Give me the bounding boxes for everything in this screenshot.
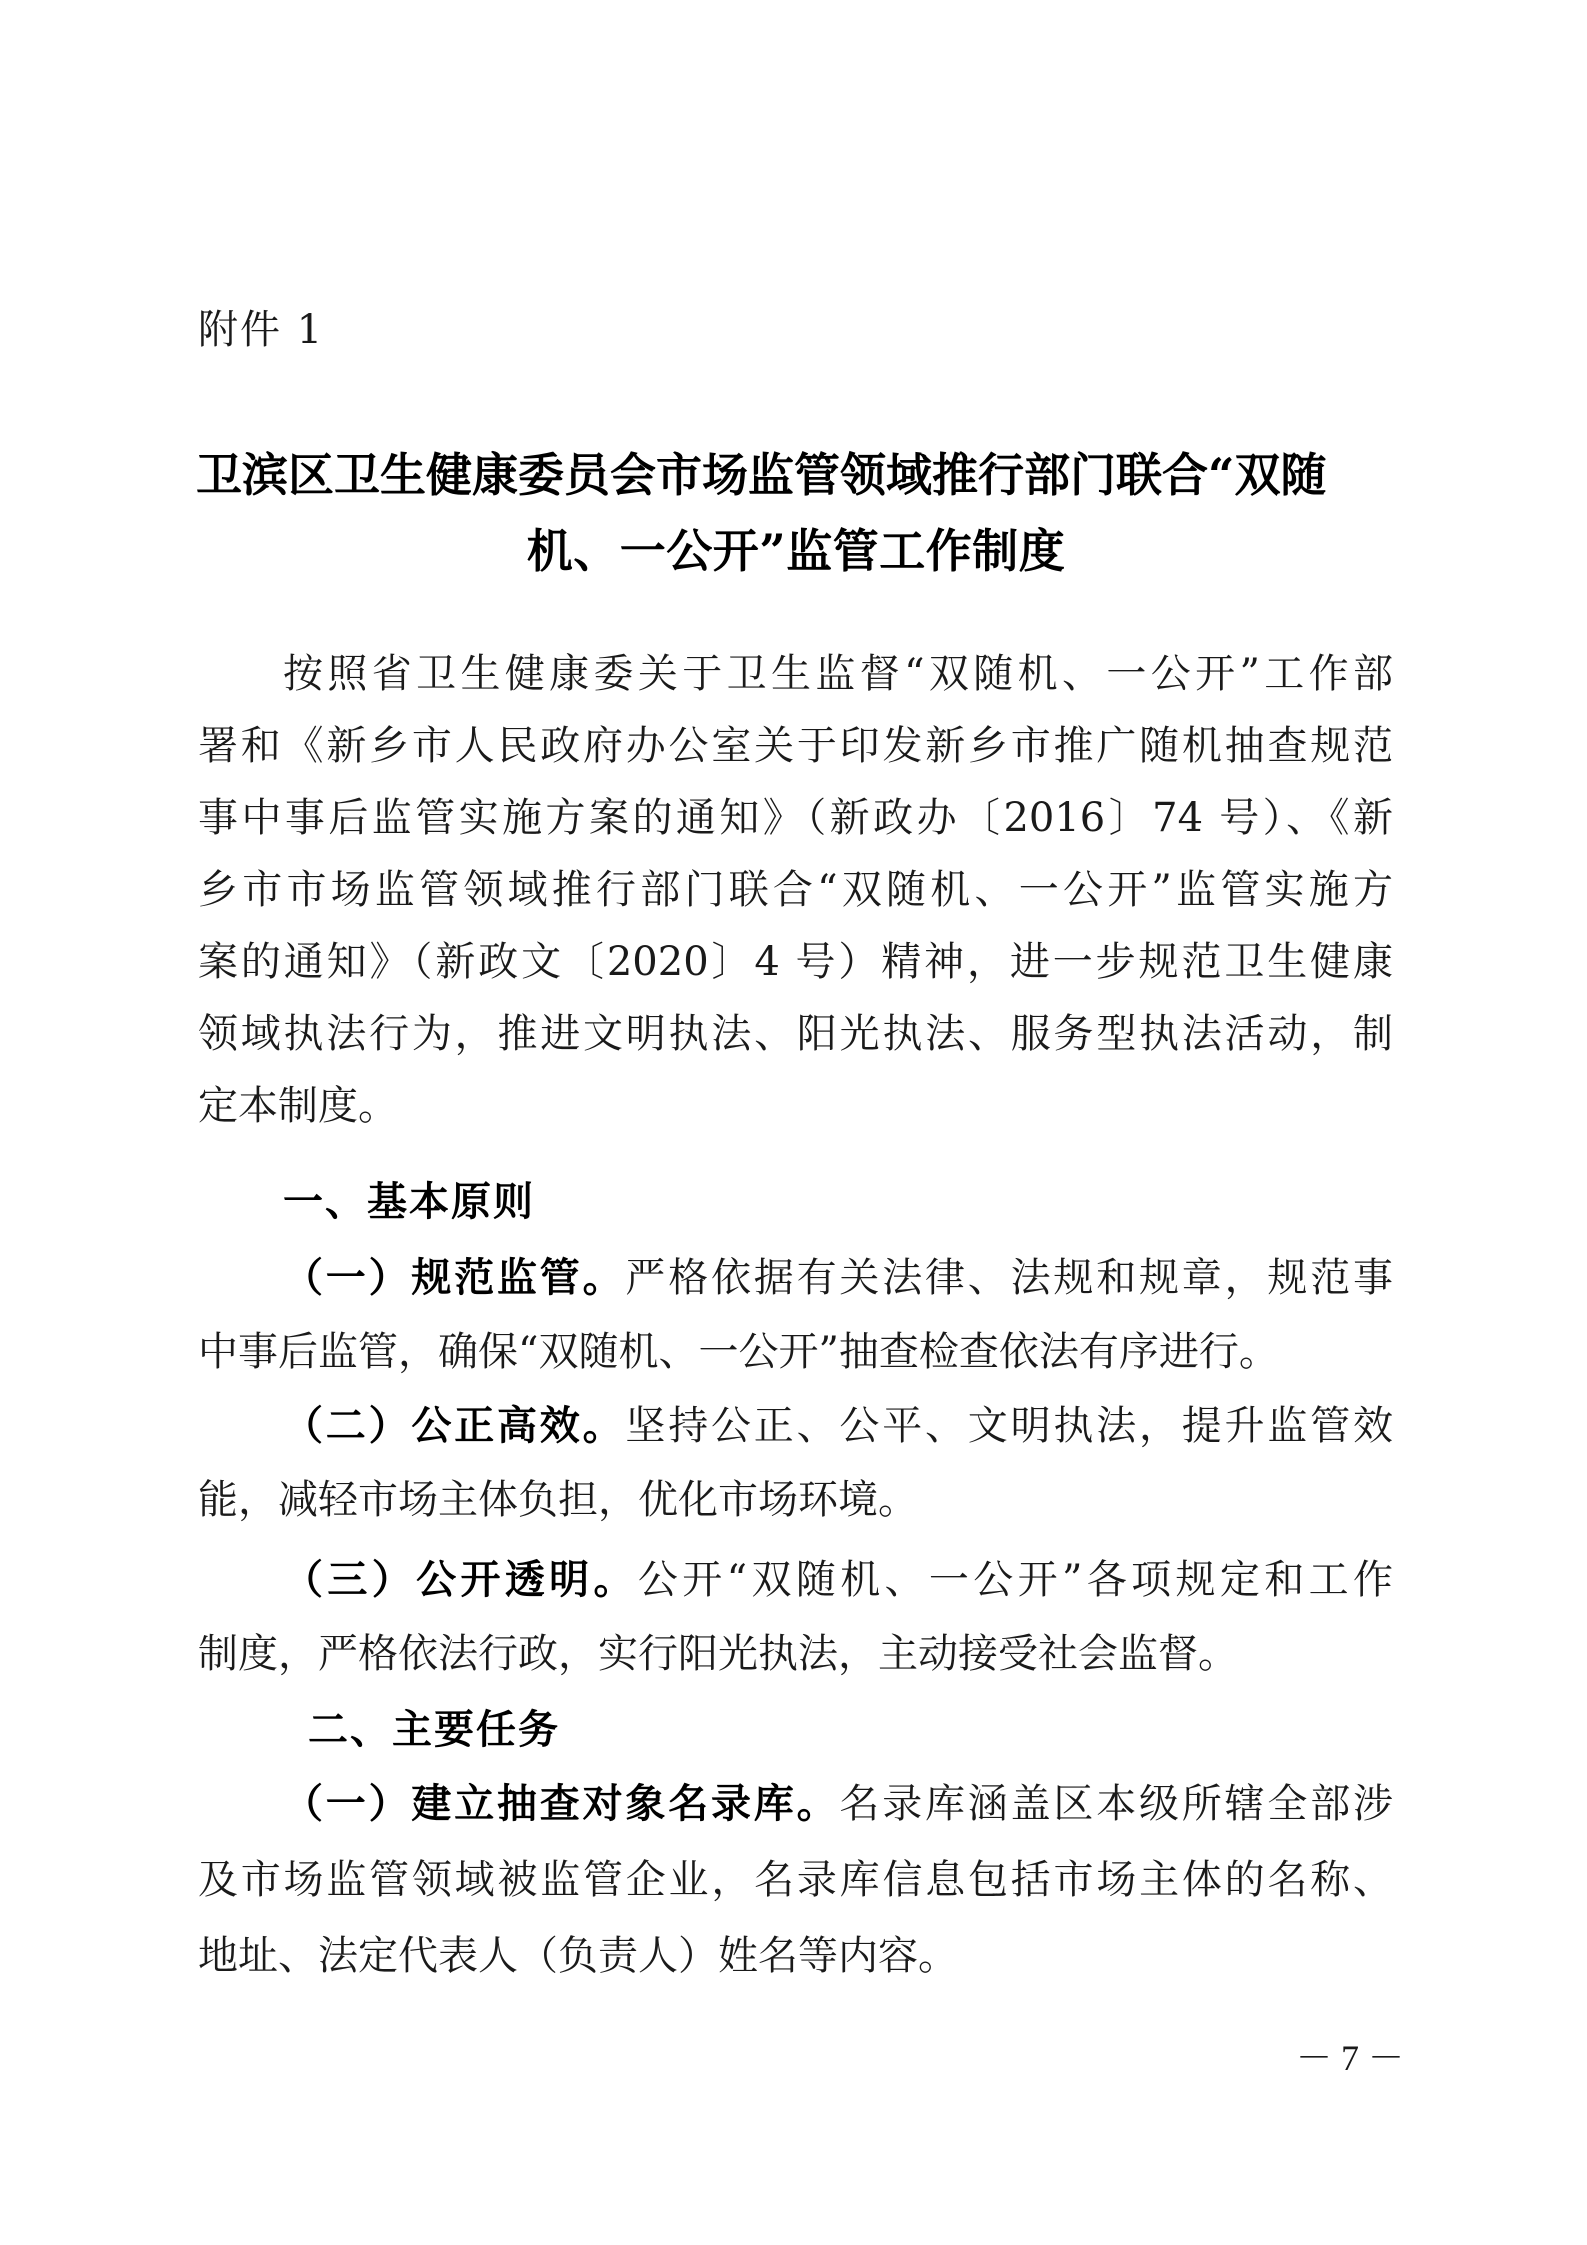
principle-3-line-2: 制度，严格依法行政，实行阳光执法，主动接受社会监督。 bbox=[198, 1630, 1393, 1678]
task-1-line-2: 及市场监管领域被监管企业，名录库信息包括市场主体的名称、 bbox=[198, 1856, 1393, 1904]
intro-line-4: 乡市市场监管领域推行部门联合“双随机、一公开”监管实施方 bbox=[198, 866, 1393, 914]
document-page: 附件 1 卫滨区卫生健康委员会市场监管领域推行部门联合“双随 机、一公开”监管工… bbox=[0, 0, 1587, 2245]
task-1-text: 名录库涵盖区本级所辖全部涉 bbox=[839, 1781, 1393, 1827]
intro-line-1: 按照省卫生健康委关于卫生监督“双随机、一公开”工作部 bbox=[283, 650, 1393, 698]
intro-line-3: 事中事后监管实施方案的通知》（新政办〔2016〕74 号）、《新 bbox=[198, 794, 1393, 842]
principle-1-line-2: 中事后监管，确保“双随机、一公开”抽查检查依法有序进行。 bbox=[198, 1328, 1393, 1376]
principle-2-lead: （二）公正高效。 bbox=[283, 1402, 625, 1449]
task-1-line-3: 地址、法定代表人（负责人）姓名等内容。 bbox=[198, 1932, 1393, 1980]
section-1-heading: 一、基本原则 bbox=[283, 1178, 535, 1226]
principle-1-lead: （一）规范监管。 bbox=[283, 1254, 625, 1301]
intro-line-2: 署和《新乡市人民政府办公室关于印发新乡市推广随机抽查规范 bbox=[198, 722, 1393, 770]
principle-3-lead: （三）公开透明。 bbox=[283, 1556, 638, 1603]
principle-3-line-1: （三）公开透明。公开“双随机、一公开”各项规定和工作 bbox=[283, 1556, 1393, 1604]
task-1-lead: （一）建立抽查对象名录库。 bbox=[283, 1780, 839, 1827]
principle-2-line-1: （二）公正高效。坚持公正、公平、文明执法，提升监管效 bbox=[283, 1402, 1393, 1450]
intro-line-5: 案的通知》（新政文〔2020〕4 号）精神，进一步规范卫生健康 bbox=[198, 938, 1393, 986]
attachment-label: 附件 1 bbox=[198, 306, 324, 354]
intro-line-6: 领域执法行为，推进文明执法、阳光执法、服务型执法活动，制 bbox=[198, 1010, 1393, 1058]
document-title-line-2: 机、一公开”监管工作制度 bbox=[196, 523, 1396, 579]
task-1-line-1: （一）建立抽查对象名录库。名录库涵盖区本级所辖全部涉 bbox=[283, 1780, 1393, 1828]
section-2-heading: 二、主要任务 bbox=[308, 1706, 560, 1754]
document-title-line-1: 卫滨区卫生健康委员会市场监管领域推行部门联合“双随 bbox=[196, 447, 1396, 503]
principle-2-line-2: 能，减轻市场主体负担，优化市场环境。 bbox=[198, 1476, 1393, 1524]
intro-line-7: 定本制度。 bbox=[198, 1082, 1393, 1130]
page-number: － 7 － bbox=[1296, 2036, 1404, 2080]
principle-3-text: 公开“双随机、一公开”各项规定和工作 bbox=[638, 1557, 1393, 1603]
principle-2-text: 坚持公正、公平、文明执法，提升监管效 bbox=[625, 1403, 1393, 1449]
principle-1-text: 严格依据有关法律、法规和规章，规范事 bbox=[625, 1255, 1393, 1301]
principle-1-line-1: （一）规范监管。严格依据有关法律、法规和规章，规范事 bbox=[283, 1254, 1393, 1302]
